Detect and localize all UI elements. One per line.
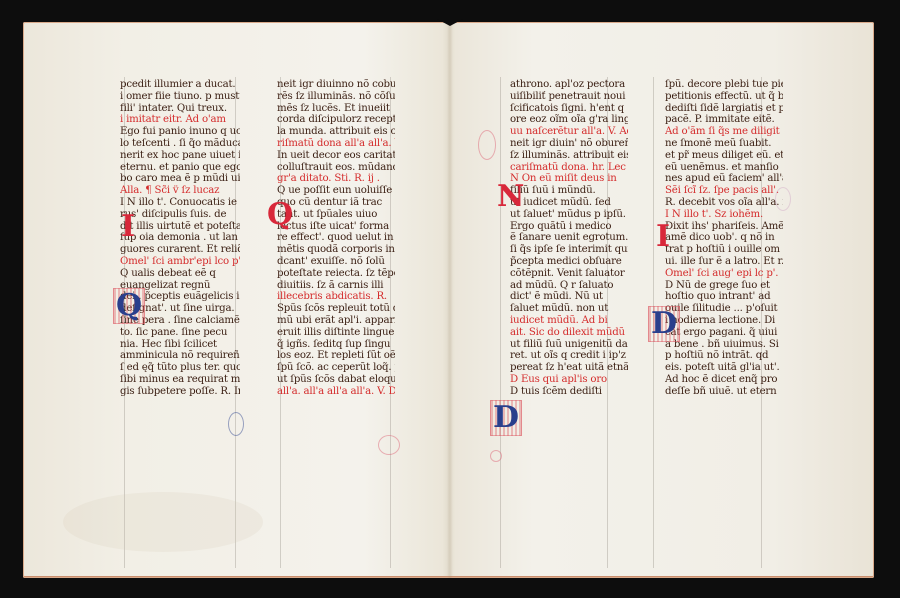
text-line: ait. Sic do dilexit mũdũ: [510, 327, 628, 339]
text-line: riſmatũ dona all'a all'a. V.: [277, 138, 395, 150]
text-line: gis ſubpetere poſſe. R. In: [120, 386, 240, 398]
text-line: i omer fiie tiuno. p mustu: [120, 91, 240, 103]
initial-i-red-right: I: [656, 222, 670, 252]
text-line: nes apud eũ faciem' all'a.: [665, 173, 783, 185]
initial-q-red: Q: [267, 200, 293, 230]
text-line: nia. Hec ſibi ſcilicet: [120, 339, 240, 351]
text-line: petitionis effectũ. ut q̃ bus: [665, 91, 783, 103]
text-line: uiſibiliť penetrauit noui: [510, 91, 628, 103]
text-line: Ergo quãtũ i medico: [510, 221, 628, 233]
text-line: bo caro mea ẽ p mũdi uita.: [120, 173, 240, 185]
text-line: fili' intater. Qui treux.: [120, 103, 240, 115]
text-line: ſcificatois ſigni. h'ent q: [510, 103, 628, 115]
text-line: dcant' exuiſſe. nõ ſolũ: [277, 256, 395, 268]
text-line: cariſmatũ dona. hr. Lec: [510, 162, 628, 174]
text-line: re effect'. quod uelut in du: [277, 232, 395, 244]
text-line: pereat ſz h'eat uitã etnã all'.: [510, 362, 628, 374]
text-line: ẽ ſanare uenit egrotum.: [510, 232, 628, 244]
text-line: all'a. all'a all'a all'a. V. Dũ: [277, 386, 395, 398]
text-line: mũ ubi erãt apl'i. appari: [277, 315, 395, 327]
text-line: ut ſpũs ſcõs dabat eloqui: [277, 374, 395, 386]
penwork-flourish: [378, 435, 400, 455]
initial-d-blue: D: [490, 400, 522, 436]
text-line: ſibi minus ea requirat ma: [120, 374, 240, 386]
text-line: la munda. attribuit eis ca: [277, 126, 395, 138]
penwork-flourish: [775, 187, 791, 211]
text-line: Q ue poſſit eun uoluiſſe: [277, 185, 395, 197]
text-line: iudicet mũdũ. Ad bi: [510, 315, 628, 327]
text-line: D Nũ de grege ſuo et: [665, 280, 783, 292]
text-line: ſup oia demonia . ut lan: [120, 232, 240, 244]
text-line: Sẽi ſcĩ ſz. ſpe pacis all'.: [665, 185, 783, 197]
text-line: D tuis ſcẽm dediſti: [510, 386, 628, 398]
text-line: a bene . bñ uiuimus. Si: [665, 339, 783, 351]
text-line: eternu. et panio que ego da: [120, 162, 240, 174]
text-line: Q ualis debeat eẽ q: [120, 268, 240, 280]
text-line: ſaluet mũdũ. non ut: [510, 303, 628, 315]
text-line: Omel' ſci aug' epi lc p'.: [665, 268, 783, 280]
text-line: I N illo t'. Sz iohẽm.: [665, 209, 783, 221]
text-line: ut filiũ ſuũ unigenitũ da: [510, 339, 628, 351]
text-line: cõtẽpnit. Venit ſaluator: [510, 268, 628, 280]
text-line: poteſtate reiecta. ſz tẽpera: [277, 268, 395, 280]
text-line: eruit illis diſtinte lingue ta: [277, 327, 395, 339]
text-line: rẽs ſz illuminãs. nõ cõſu: [277, 91, 395, 103]
text-line: colluſtrauit eos. mũdano: [277, 162, 395, 174]
text-line: corda diſcipulorz receptacu: [277, 114, 395, 126]
text-line: trat p hoſtiũ i ouille om: [665, 244, 783, 256]
text-line: i hodierna lectione. Di: [665, 315, 783, 327]
text-line: Spũs ſcõs repleuit totũ do: [277, 303, 395, 315]
right-page: athrono. apl'oz pectora inuiſibiliť pene…: [450, 22, 874, 578]
text-line: Dixit ihs' phariſeis. Amẽ: [665, 221, 783, 233]
text-line: Ad o'ãm ſi q̃s me diligit: [665, 126, 783, 138]
text-line: ne ſmonẽ meũ ſuabit.: [665, 138, 783, 150]
text-column-1: pcedit illumier a ducat.i omer fiie tiun…: [120, 79, 240, 398]
text-line: p hoſtiũ nõ intrãt. qd: [665, 350, 783, 362]
text-line: ut iudicet mũdũ. ſed: [510, 197, 628, 209]
text-line: athrono. apl'oz pectora in: [510, 79, 628, 91]
text-line: dediſti ſidẽ largiatis et p: [665, 103, 783, 115]
text-line: to. ſic pane. ſine pecu: [120, 327, 240, 339]
text-line: ſpũ ſcõ. ac ceperũt loq̃. pro: [277, 362, 395, 374]
text-line: hoſtio quo intrant' ad: [665, 291, 783, 303]
text-line: D Eus qui apl'is oro: [510, 374, 628, 386]
vellum-stain: [63, 492, 263, 552]
text-line: q̃ igñs. ſeditq ſup ſingu: [277, 339, 395, 351]
text-line: Ego fui panio inuno q uce: [120, 126, 240, 138]
penwork-flourish-blue: [228, 412, 244, 436]
manuscript-bifolium: pcedit illumier a ducat.i omer fiie tiun…: [23, 22, 874, 578]
initial-q-blue: Q: [113, 288, 145, 324]
text-line: ut ſaluet' mũdus p ipſũ.: [510, 209, 628, 221]
text-line: filiũ ſuũ i mũndũ.: [510, 185, 628, 197]
text-column-4: ſpũ. decore plebi tue piepetitionis effe…: [665, 79, 783, 398]
text-line: p̃cepta medici obſuare: [510, 256, 628, 268]
text-line: ſ ed ęq̃ tũto plus ter. quo: [120, 362, 240, 374]
text-line: Omel' ſci ambr'epi lco p'.: [120, 256, 240, 268]
text-line: ad mũdũ. Q r ſaluato: [510, 280, 628, 292]
text-line: pacẽ. P. immitate eitẽ.: [665, 114, 783, 126]
text-line: I N illo t'. Conuocatis ie: [120, 197, 240, 209]
text-line: ſz illuminãs. attribuit eis i: [510, 150, 628, 162]
text-line: ore eoz oĩm oĩa g'ra lingu': [510, 114, 628, 126]
penwork-flourish: [478, 130, 496, 160]
text-line: illecebris abdicatis. R.: [277, 291, 395, 303]
ruling-line: [500, 77, 501, 568]
text-column-3: athrono. apl'oz pectora inuiſibiliť pene…: [510, 79, 628, 398]
initial-d-blue-right: D: [648, 306, 680, 342]
text-line: mẽtis quodã corporis in: [277, 244, 395, 256]
text-line: eis. poteſt uitã gl'ia ut'.: [665, 362, 783, 374]
text-line: eũ uenẽmus. et manſio: [665, 162, 783, 174]
text-line: dit illis uirtutẽ et poteſtatẽ: [120, 221, 240, 233]
text-line: pcedit illumier a ducat.: [120, 79, 240, 91]
initial-n-red: N: [497, 182, 524, 212]
text-line: N On eũ miſit deus in: [510, 173, 628, 185]
text-line: quo cũ dentur iã trac: [277, 197, 395, 209]
text-line: lo teſcenti . ſi q̃o mãduca: [120, 138, 240, 150]
text-line: diuitiis. ſz ã carnis illi: [277, 280, 395, 292]
text-line: guores curarent. Et reliq̃.: [120, 244, 240, 256]
text-line: uu naſcerẽtur all'a. V. Ad: [510, 126, 628, 138]
text-line: cãt ergo pagani. q̃ uiui: [665, 327, 783, 339]
text-line: i imitatr eitr. Ad o'am: [120, 114, 240, 126]
text-line: R. decebit vos oĩa all'a. i: [665, 197, 783, 209]
penwork-flourish: [490, 450, 502, 462]
text-line: dict' ẽ mũdi. Nũ ut: [510, 291, 628, 303]
text-line: et pr̃ meus diliget eũ. et ad i: [665, 150, 783, 162]
left-page: pcedit illumier a ducat.i omer fiie tiun…: [23, 22, 450, 578]
text-line: nerit ex hoc pane uiuet in: [120, 150, 240, 162]
text-line: Alla. ¶ Sc̃i v̈ ſz lucaz: [120, 185, 240, 197]
initial-i-red: I: [121, 212, 135, 242]
text-line: deſſe bñ uiuẽ. ut etern: [665, 386, 783, 398]
text-line: Ad hoc ẽ dicet enq̃ pro: [665, 374, 783, 386]
text-line: amẽ dico uob'. q nõ in: [665, 232, 783, 244]
text-line: rus' diſcipulis ſuis. de: [120, 209, 240, 221]
text-line: ui. ille ſur ẽ a latro. Et r.: [665, 256, 783, 268]
text-line: ſpũ. decore plebi tue pie: [665, 79, 783, 91]
text-line: In ueit decor eos caritati. et: [277, 150, 395, 162]
text-line: gr'a ditato. Sti. R. ij .: [277, 173, 395, 185]
text-line: ouile ſilitudie ... p'oſuit: [665, 303, 783, 315]
text-line: mẽs ſz lucẽs. Et inueiit: [277, 103, 395, 115]
text-column-2: neit igr diuinno nõ coburẽs ſz illuminãs…: [277, 79, 395, 398]
text-line: ſi q̃s ipſe ſe interimit qui: [510, 244, 628, 256]
text-line: tant. ut ſpũales uiuo: [277, 209, 395, 221]
text-line: los eoz. Et repleti ſũt oẽs: [277, 350, 395, 362]
text-line: amminicula nõ requireñs.: [120, 350, 240, 362]
text-line: neit igr diuin' nõ obureñs: [510, 138, 628, 150]
text-line: lectus iſte uicat' forma: [277, 221, 395, 233]
text-line: ret. ut oĩs q credit i ip'z nõ: [510, 350, 628, 362]
text-line: neit igr diuinno nõ cobu: [277, 79, 395, 91]
